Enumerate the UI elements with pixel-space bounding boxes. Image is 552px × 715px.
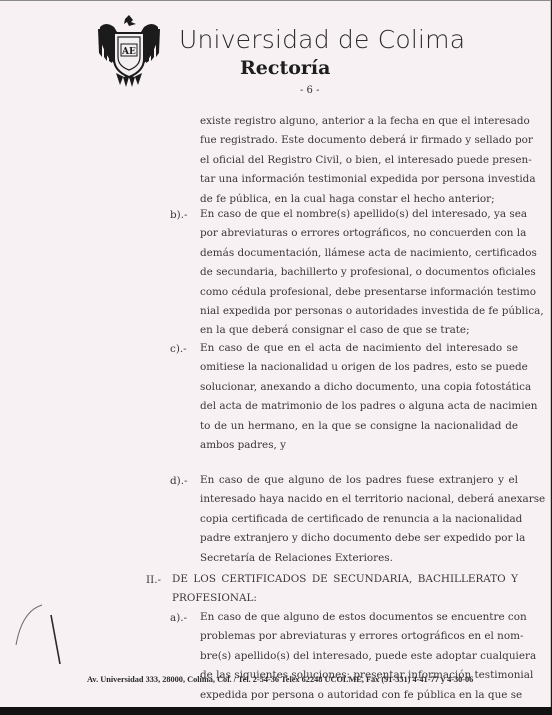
item-ii-a-paragraph: En caso de que alguno de estos documento…: [200, 608, 518, 705]
text-line: el oficial del Registro Civil, o bien, e…: [200, 151, 518, 170]
institution-name: Universidad de Colima: [179, 25, 465, 54]
section-ii-heading: DE LOS CERTIFICADOS DE SECUNDARIA, BACHI…: [172, 570, 518, 609]
item-label-b: b).-: [170, 209, 188, 221]
text-line: ambos padres, y: [200, 436, 518, 455]
item-d-paragraph: En caso de que alguno de los padres fues…: [200, 471, 518, 568]
text-line: por abreviaturas o errores ortográficos,…: [200, 224, 518, 243]
eagle-crest-icon: AE: [96, 13, 162, 89]
item-c-paragraph: En caso de que en el acta de nacimiento …: [200, 339, 518, 455]
text-line: bre(s) apellido(s) del interesado, puede…: [200, 647, 518, 666]
text-line: expedida por persona o autoridad con fe …: [200, 686, 518, 705]
text-line: problemas por abreviaturas y errores ort…: [200, 627, 518, 646]
text-line: solucionar, anexando a dicho documento, …: [200, 378, 518, 397]
text-line: en la que deberá consignar el caso de qu…: [200, 321, 518, 340]
item-label-c: c).-: [170, 343, 187, 355]
text-line: En caso de que el nombre(s) apellido(s) …: [200, 205, 518, 224]
text-line: DE LOS CERTIFICADOS DE SECUNDARIA, BACHI…: [172, 570, 518, 589]
item-label-d: d).-: [170, 475, 188, 487]
text-line: nial expedida por personas o autoridades…: [200, 302, 518, 321]
text-line: de secundaria, bachillerto y profesional…: [200, 263, 518, 282]
continuation-paragraph: existe registro alguno, anterior a la fe…: [200, 112, 518, 209]
text-line: copia certificada de certificado de renu…: [200, 510, 518, 529]
item-label-ii-a: a).-: [170, 612, 187, 624]
page-number: - 6 -: [300, 85, 319, 96]
footer-address: Av. Universidad 333, 28000, Colima, Col.…: [87, 675, 473, 684]
text-line: to de un hermano, en la que se consigne …: [200, 417, 518, 436]
text-line: En caso de que alguno de los padres fues…: [200, 471, 518, 490]
text-line: PROFESIONAL:: [172, 589, 518, 608]
text-line: fue registrado. Este documento deberá ir…: [200, 131, 518, 150]
scan-edge: [0, 707, 552, 715]
section-label-ii: II.-: [146, 574, 161, 586]
text-line: interesado haya nacido en el territorio …: [200, 490, 518, 509]
text-line: demás documentación, llámese acta de nac…: [200, 244, 518, 263]
pen-mark-icon: [10, 601, 70, 671]
svg-text:AE: AE: [121, 47, 136, 57]
item-b-paragraph: En caso de que el nombre(s) apellido(s) …: [200, 205, 518, 341]
text-line: del acta de matrimonio de los padres o a…: [200, 397, 518, 416]
text-line: En caso de que alguno de estos documento…: [200, 608, 518, 627]
text-line: como cédula profesional, debe presentars…: [200, 283, 518, 302]
office-title: Rectoría: [240, 57, 330, 79]
text-line: omitiese la nacionalidad u origen de los…: [200, 358, 518, 377]
text-line: existe registro alguno, anterior a la fe…: [200, 112, 518, 131]
document-page: AE Universidad de Colima Rectoría - 6 - …: [0, 0, 551, 708]
text-line: Secretaría de Relaciones Exteriores.: [200, 549, 518, 568]
text-line: tar una información testimonial expedida…: [200, 170, 518, 189]
text-line: En caso de que en el acta de nacimiento …: [200, 339, 518, 358]
text-line: padre extranjero y dicho documento debe …: [200, 529, 518, 548]
